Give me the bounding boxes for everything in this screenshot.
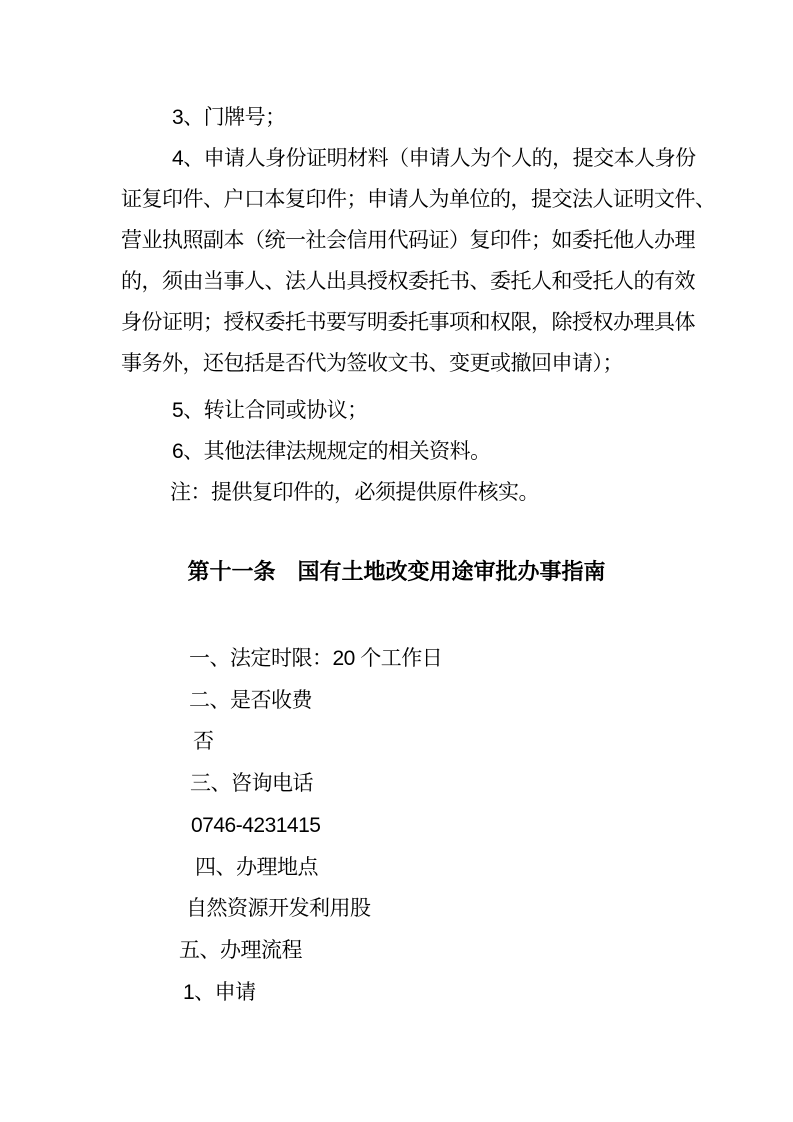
intro-line-item-4: 4、申请人身份证明材料（申请人为个人的，提交本人身份 [121,138,721,179]
guide-line-fee-answer: 否 [121,721,721,763]
section-heading: 第十一条 国有土地改变用途审批办事指南 [0,558,793,586]
intro-line-continuation: 的，须由当事人、法人出具授权委托书、委托人和受托人的有效 [121,261,721,302]
guide-line-location-value: 自然资源开发利用股 [121,888,721,930]
intro-line-item-3: 3、门牌号； [121,97,721,138]
guide-line-time-limit: 一、法定时限：20 个工作日 [121,638,721,680]
intro-line-note: 注：提供复印件的，必须提供原件核实。 [121,472,721,513]
intro-line-item-5: 5、转让合同或协议； [121,390,721,431]
intro-paragraph-block: 3、门牌号； 4、申请人身份证明材料（申请人为个人的，提交本人身份 证复印件、户… [121,97,721,513]
guide-line-phone-label: 三、咨询电话 [121,763,721,805]
guide-line-process-step-1: 1、申请 [121,972,721,1014]
intro-line-item-6: 6、其他法律法规规定的相关资料。 [121,431,721,472]
guide-list-block: 一、法定时限：20 个工作日 二、是否收费 否 三、咨询电话 0746-4231… [121,638,721,1013]
guide-line-fee-question: 二、是否收费 [121,680,721,722]
intro-line-continuation: 营业执照副本（统一社会信用代码证）复印件；如委托他人办理 [121,220,721,261]
intro-line-continuation: 事务外，还包括是否代为签收文书、变更或撤回申请）； [121,343,721,384]
document-page: 3、门牌号； 4、申请人身份证明材料（申请人为个人的，提交本人身份 证复印件、户… [0,0,793,1122]
intro-line-continuation: 身份证明；授权委托书要写明委托事项和权限，除授权办理具体 [121,302,721,343]
guide-line-phone-number: 0746-4231415 [121,805,721,847]
guide-line-process-label: 五、办理流程 [121,930,721,972]
intro-line-continuation: 证复印件、户口本复印件；申请人为单位的，提交法人证明文件、 [121,179,721,220]
guide-line-location-label: 四、办理地点 [121,847,721,889]
